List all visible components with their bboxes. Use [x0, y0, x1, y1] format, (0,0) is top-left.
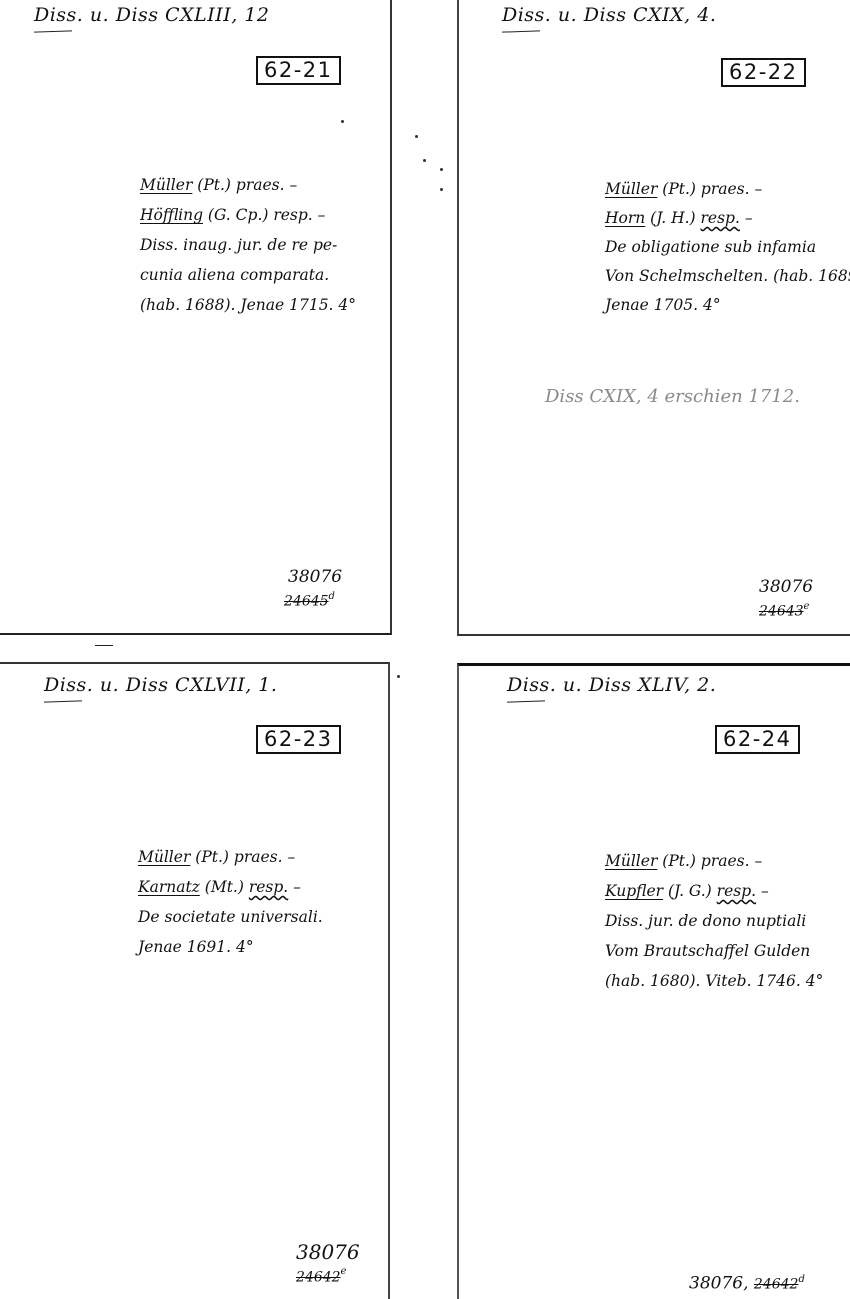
- speck: [440, 168, 443, 171]
- respondent-role: (G. Cp.) resp. –: [203, 206, 325, 224]
- line-dash: –: [740, 209, 753, 227]
- accession-current: 38076: [759, 577, 813, 597]
- accession-struck: 24645: [284, 594, 329, 610]
- imprint-line: Jenae 1705. 4°: [605, 291, 850, 320]
- catalog-card-62-22: Diss. u. Diss CXIX, 4. 62-22 Müller (Pt.…: [457, 0, 850, 636]
- praeses-role: (Pt.) praes. –: [190, 848, 295, 866]
- shelfmark: Diss. u. Diss CXLVII, 1.: [44, 674, 277, 696]
- accession-number: 38076 24645d: [284, 568, 342, 612]
- respondent-initials: (J. G.): [663, 882, 717, 900]
- accession-number: 38076 24643e: [759, 578, 813, 622]
- shelfmark: Diss. u. Diss CXIX, 4.: [502, 4, 716, 26]
- speck: [440, 188, 443, 191]
- catalog-entry: Müller (Pt.) praes. – Horn (J. H.) resp.…: [605, 175, 850, 320]
- accession-suffix: d: [798, 1274, 804, 1285]
- accession-suffix: e: [804, 601, 810, 612]
- respondent-role: resp.: [249, 878, 288, 896]
- praeses-line: Müller (Pt.) praes. –: [605, 175, 850, 204]
- respondent-name: Höffling: [140, 206, 203, 224]
- accession-struck: 24642: [296, 1270, 341, 1286]
- praeses-line: Müller (Pt.) praes. –: [605, 846, 823, 876]
- accession-suffix: d: [329, 591, 335, 602]
- praeses-line: Müller (Pt.) praes. –: [140, 170, 356, 200]
- speck: [397, 675, 400, 678]
- call-number: 62-21: [256, 56, 341, 85]
- praeses-line: Müller (Pt.) praes. –: [138, 842, 323, 872]
- catalog-entry: Müller (Pt.) praes. – Karnatz (Mt.) resp…: [138, 842, 323, 962]
- accession-number: 38076 24642e: [296, 1242, 360, 1288]
- call-number: 62-22: [721, 58, 806, 87]
- accession-struck: 24643: [759, 604, 804, 620]
- call-number: 62-24: [715, 725, 800, 754]
- respondent-role: resp.: [717, 882, 756, 900]
- accession-number: 38076, 24642d: [689, 1270, 805, 1295]
- respondent-line: Kupfler (J. G.) resp. –: [605, 876, 823, 906]
- catalog-card-62-23: Diss. u. Diss CXLVII, 1. 62-23 Müller (P…: [0, 662, 390, 1299]
- praeses-role: (Pt.) praes. –: [657, 180, 762, 198]
- shelfmark: Diss. u. Diss CXLIII, 12: [34, 4, 270, 26]
- praeses-name: Müller: [605, 852, 657, 870]
- accession-current: 38076,: [689, 1274, 748, 1294]
- speck: [423, 159, 426, 162]
- imprint-line: (hab. 1688). Jenae 1715. 4°: [140, 290, 356, 320]
- title-line: Diss. inaug. jur. de re pe-: [140, 230, 356, 260]
- pencil-note: Diss CXIX, 4 erschien 1712.: [545, 386, 800, 407]
- title-line: De societate universali.: [138, 902, 323, 932]
- stray-mark: [95, 645, 113, 646]
- accession-struck: 24642: [754, 1277, 799, 1293]
- line-dash: –: [756, 882, 769, 900]
- respondent-name: Horn: [605, 209, 645, 227]
- catalog-entry: Müller (Pt.) praes. – Höffling (G. Cp.) …: [140, 170, 356, 320]
- call-number: 62-23: [256, 725, 341, 754]
- accession-current: 38076: [288, 567, 342, 587]
- title-line: Diss. jur. de dono nuptiali: [605, 906, 823, 936]
- imprint-line: Jenae 1691. 4°: [138, 932, 323, 962]
- catalog-entry: Müller (Pt.) praes. – Kupfler (J. G.) re…: [605, 846, 823, 996]
- praeses-name: Müller: [138, 848, 190, 866]
- title-line: De obligatione sub infamia: [605, 233, 850, 262]
- respondent-line: Karnatz (Mt.) resp. –: [138, 872, 323, 902]
- imprint-line: (hab. 1680). Viteb. 1746. 4°: [605, 966, 823, 996]
- respondent-line: Höffling (G. Cp.) resp. –: [140, 200, 356, 230]
- title-line: cunia aliena comparata.: [140, 260, 356, 290]
- title-line: Vom Brautschaffel Gulden: [605, 936, 823, 966]
- praeses-role: (Pt.) praes. –: [657, 852, 762, 870]
- accession-current: 38076: [296, 1240, 360, 1264]
- praeses-name: Müller: [605, 180, 657, 198]
- accession-suffix: e: [341, 1266, 347, 1277]
- respondent-line: Horn (J. H.) resp. –: [605, 204, 850, 233]
- speck: [341, 120, 344, 123]
- respondent-name: Kupfler: [605, 882, 663, 900]
- respondent-name: Karnatz: [138, 878, 200, 896]
- catalog-card-62-24: Diss. u. Diss XLIV, 2. 62-24 Müller (Pt.…: [457, 663, 850, 1299]
- respondent-role: resp.: [701, 209, 740, 227]
- praeses-name: Müller: [140, 176, 192, 194]
- title-line: Von Schelmschelten. (hab. 1689).: [605, 262, 850, 291]
- praeses-role: (Pt.) praes. –: [192, 176, 297, 194]
- catalog-card-62-21: Diss. u. Diss CXLIII, 12 62-21 Müller (P…: [0, 0, 392, 635]
- line-dash: –: [288, 878, 301, 896]
- respondent-initials: (J. H.): [645, 209, 700, 227]
- speck: [415, 135, 418, 138]
- shelfmark: Diss. u. Diss XLIV, 2.: [507, 674, 716, 696]
- respondent-initials: (Mt.): [200, 878, 249, 896]
